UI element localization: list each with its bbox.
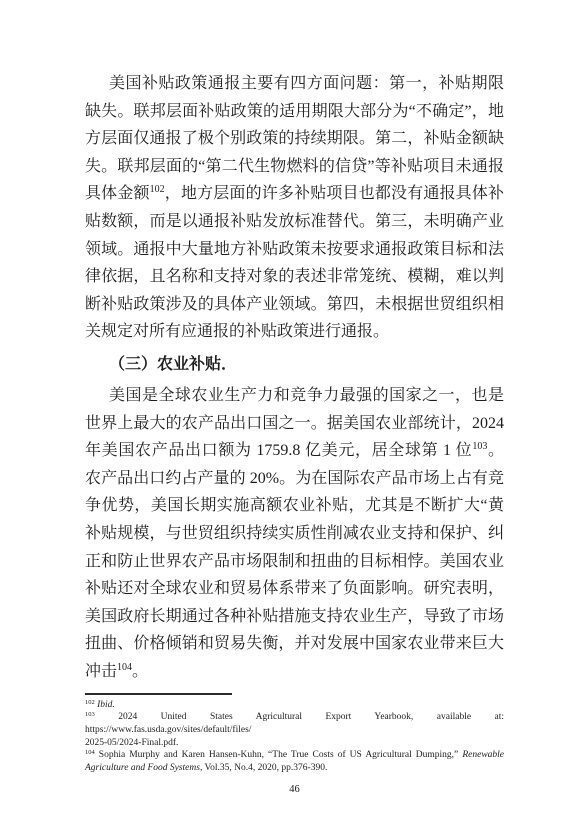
footnote-reference: 104: [117, 662, 132, 673]
text-segment: 失。联邦层面的“第二代生物燃料的信贷”等补贴项目未通报: [85, 158, 504, 175]
text-segment: 补贴还对全球农业和贸易体系带来了负面影响。研究表明，: [85, 580, 504, 597]
paragraph-subsidy-notification-problems: 美国补贴政策通报主要有四方面问题：第一，补贴期限缺失。联邦层面补贴政策的适用期限…: [85, 70, 504, 346]
text-line: 领域。通报中大量地方补贴政策未按要求通报政策目标和法: [85, 236, 504, 264]
text-segment: ，地方层面的许多补贴项目也都没有通报具体补: [165, 185, 504, 202]
footnote-line: 2025-05/2024-Final.pdf.: [85, 737, 504, 750]
text-segment: 补贴规模，与世贸组织持续实质性削减农业支持和保护、纠: [85, 525, 504, 542]
text-line: 冲击104。: [85, 658, 504, 686]
footnote-list: 102 Ibid.103 2024 United States Agricult…: [85, 699, 504, 775]
text-segment: 2025-05/2024-Final.pdf.: [85, 738, 178, 748]
text-segment: 美国补贴政策通报主要有四方面问题：第一，补贴期限: [109, 75, 504, 92]
text-segment: 领域。通报中大量地方补贴政策未按要求通报政策目标和法: [85, 241, 504, 258]
text-line: 补贴规模，与世贸组织持续实质性削减农业支持和保护、纠: [85, 520, 504, 548]
footnote-reference: 103: [472, 441, 487, 452]
text-segment: 扭曲、价格倾销和贸易失衡，并对发展中国家农业带来巨大: [85, 635, 504, 652]
text-segment: Agriculture and Food Systems: [85, 763, 200, 773]
text-segment: 年美国农产品出口额为 1759.8 亿美元，居全球第 1 位: [85, 442, 472, 459]
text-line: 美国是全球农业生产力和竞争力最强的国家之一，也是: [85, 382, 504, 410]
text-line: 失。联邦层面的“第二代生物燃料的信贷”等补贴项目未通报: [85, 153, 504, 181]
page-number: 46: [85, 784, 504, 795]
text-line: 正和防止世界农产品市场限制和扭曲的目标相悖。美国农业: [85, 548, 504, 576]
footnote-number: 103: [85, 711, 95, 718]
footnote-line: 102 Ibid.: [85, 699, 504, 712]
text-segment: 律依据，且名称和支持对象的表述非常笼统、模糊，难以判: [85, 268, 504, 285]
footnote-line: 104 Sophia Murphy and Karen Hansen-Kuhn,…: [85, 749, 504, 762]
text-segment: 世界上最大的农产品出口国之一。据美国农业部统计，2024: [85, 415, 504, 432]
text-line: 农产品出口约占产量的 20%。为在国际农产品市场上占有竞: [85, 465, 504, 493]
text-segment: 争优势，美国长期实施高额农业补贴，尤其是不断扩大“黄箱”: [85, 497, 504, 520]
text-segment: 贴数额，而是以通报补贴发放标准替代。第三，未明确产业: [85, 213, 504, 230]
text-line: 律依据，且名称和支持对象的表述非常笼统、模糊，难以判: [85, 263, 504, 291]
text-segment: Sophia Murphy and Karen Hansen-Kuhn, “Th…: [99, 750, 463, 760]
text-segment: Renewable: [462, 750, 504, 760]
footnote-line: Agriculture and Food Systems, Vol.35, No…: [85, 762, 504, 775]
section-heading: （三）农业补贴．: [85, 350, 504, 380]
text-line: 美国政府长期通过各种补贴措施支持农业生产，导致了市场: [85, 603, 504, 631]
footnote-number: 102: [85, 699, 95, 706]
text-segment: 具体金额: [85, 185, 150, 202]
text-segment: 断补贴政策涉及的具体产业领域。第四，未根据世贸组织相: [85, 296, 504, 313]
text-segment: 美国政府长期通过各种补贴措施支持农业生产，导致了市场: [85, 608, 504, 625]
text-line: 世界上最大的农产品出口国之一。据美国农业部统计，2024: [85, 410, 504, 438]
footnote-line: 103 2024 United States Agricultural Expo…: [85, 711, 504, 736]
text-segment: Ibid.: [97, 700, 115, 710]
text-segment: 。: [132, 663, 148, 680]
text-line: 贴数额，而是以通报补贴发放标准替代。第三，未明确产业: [85, 208, 504, 236]
text-segment: 农产品出口约占产量的 20%。为在国际农产品市场上占有竞: [85, 470, 504, 487]
text-segment: 正和防止世界农产品市场限制和扭曲的目标相悖。美国农业: [85, 553, 504, 570]
footnote-number: 104: [85, 749, 95, 756]
paragraph-agricultural-subsidies: 美国是全球农业生产力和竞争力最强的国家之一，也是世界上最大的农产品出口国之一。据…: [85, 382, 504, 686]
text-line: 争优势，美国长期实施高额农业补贴，尤其是不断扩大“黄箱”: [85, 492, 504, 520]
text-line: 具体金额102，地方层面的许多补贴项目也都没有通报具体补: [85, 180, 504, 208]
text-segment: 缺失。联邦层面补贴政策的适用期限大部分为“不确定”，地: [85, 103, 504, 120]
text-segment: 关规定对所有应通报的补贴政策进行通报。: [85, 323, 389, 340]
text-line: 方层面仅通报了极个别政策的持续期限。第二，补贴金额缺: [85, 125, 504, 153]
text-line: 断补贴政策涉及的具体产业领域。第四，未根据世贸组织相: [85, 291, 504, 319]
text-line: 补贴还对全球农业和贸易体系带来了负面影响。研究表明，: [85, 575, 504, 603]
text-segment: 2024 United States Agricultural Export Y…: [85, 712, 504, 735]
text-line: 美国补贴政策通报主要有四方面问题：第一，补贴期限: [85, 70, 504, 98]
footnote-reference: 102: [150, 184, 165, 195]
text-segment: 方层面仅通报了极个别政策的持续期限。第二，补贴金额缺: [85, 130, 504, 147]
text-line: 关规定对所有应通报的补贴政策进行通报。: [85, 318, 504, 346]
text-line: 年美国农产品出口额为 1759.8 亿美元，居全球第 1 位103。美: [85, 437, 504, 465]
text-segment: 冲击: [85, 663, 117, 680]
text-segment: 美国是全球农业生产力和竞争力最强的国家之一，也是: [109, 387, 504, 404]
text-line: 缺失。联邦层面补贴政策的适用期限大部分为“不确定”，地: [85, 98, 504, 126]
text-segment: , Vol.35, No.4, 2020, pp.376-390.: [200, 763, 327, 773]
footnote-area: 102 Ibid.103 2024 United States Agricult…: [85, 693, 504, 774]
footnote-separator: [85, 693, 232, 694]
document-page: 美国补贴政策通报主要有四方面问题：第一，补贴期限缺失。联邦层面补贴政策的适用期限…: [0, 0, 587, 834]
text-line: 扭曲、价格倾销和贸易失衡，并对发展中国家农业带来巨大: [85, 630, 504, 658]
